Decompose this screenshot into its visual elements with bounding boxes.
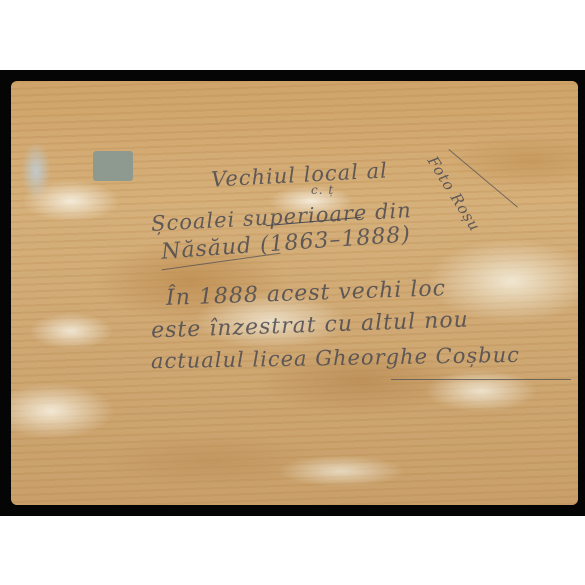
blue-paper-residue — [21, 141, 51, 201]
handwriting-line-5: este înzestrat cu altul nou — [151, 307, 470, 343]
margin-note: Foto Roșu — [424, 153, 484, 235]
photo-card-back: Vechiul local al c. ț Școalei superioare… — [11, 81, 578, 505]
handwriting-line-1: Vechiul local al — [210, 158, 388, 191]
grey-paper-residue — [93, 151, 133, 181]
handwriting-insertion: c. ț — [311, 183, 334, 197]
handwriting-line-6: actualul licea Gheorghe Coșbuc — [151, 343, 520, 373]
handwriting-line-4: În 1888 acest vechi loc — [166, 276, 447, 311]
underline-stroke-bottom — [391, 379, 571, 380]
